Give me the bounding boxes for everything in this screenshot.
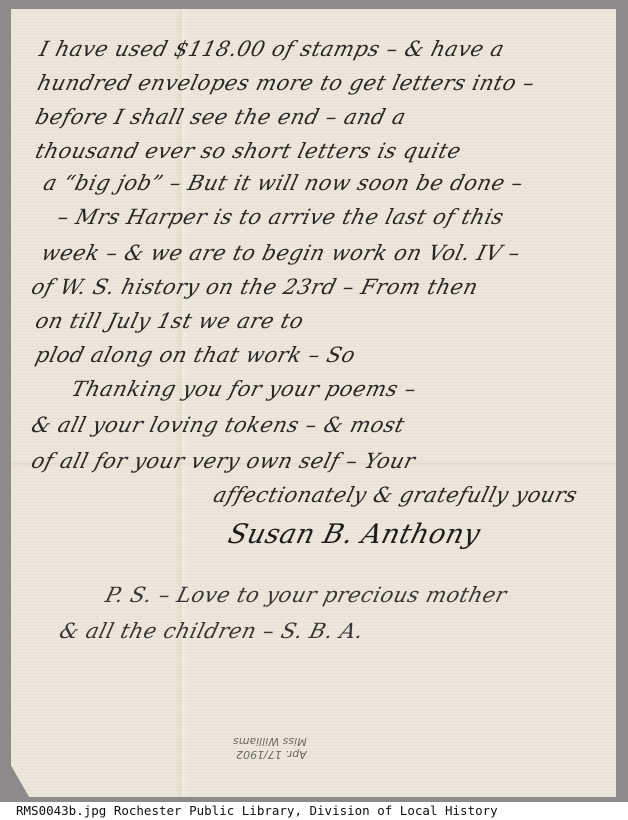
letter-line-3: before I shall see the end – and a <box>33 105 409 129</box>
pencil-note-line-2: Miss Williams <box>233 735 307 748</box>
letter-line-5: a “big job” – But it will now soon be do… <box>41 171 526 195</box>
letter-line-2: hundred envelopes more to get letters in… <box>35 71 537 95</box>
signature: Susan B. Anthony <box>225 519 484 550</box>
pencil-archival-note: Apr. 17/1902 Miss Williams <box>233 735 307 761</box>
postscript-line-2: & all the children – S. B. A. <box>57 619 366 643</box>
letter-line-10: plod along on that work – So <box>33 343 358 367</box>
pencil-note-line-1: Apr. 17/1902 <box>233 748 307 761</box>
letter-line-12: & all your loving tokens – & most <box>29 413 407 437</box>
letter-line-11: Thanking you for your poems – <box>69 377 419 401</box>
letter-line-13: of all for your very own self – Your <box>29 449 418 473</box>
letter-page: I have used $118.00 of stamps – & have a… <box>11 9 616 797</box>
postscript-line-1: P. S. – Love to your precious mother <box>103 583 509 607</box>
letter-line-7: week – & we are to begin work on Vol. IV… <box>39 241 523 265</box>
image-caption: RMS0043b.jpg Rochester Public Library, D… <box>16 803 498 818</box>
letter-line-4: thousand ever so short letters is quite <box>33 139 464 163</box>
letter-line-8: of W. S. history on the 23rd – From then <box>29 275 481 299</box>
letter-line-9: on till July 1st we are to <box>33 309 306 333</box>
letter-line-6: – Mrs Harper is to arrive the last of th… <box>55 205 507 229</box>
letter-line-1: I have used $118.00 of stamps – & have a <box>37 37 507 61</box>
letter-closing: affectionately & gratefully yours <box>211 483 580 507</box>
